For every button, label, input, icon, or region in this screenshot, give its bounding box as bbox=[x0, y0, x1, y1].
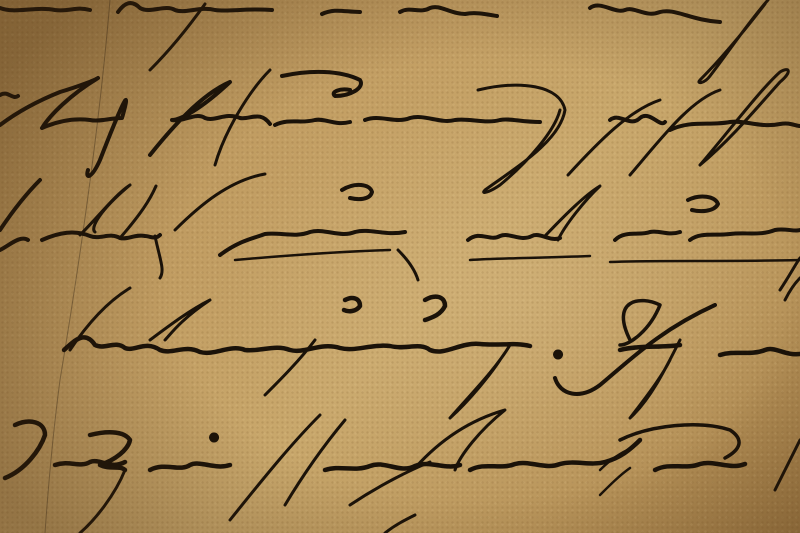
handwritten-letter-photo: …der Aufsicht aber der Welt… …ich stehe … bbox=[0, 0, 800, 533]
photo-vignette bbox=[0, 0, 800, 533]
